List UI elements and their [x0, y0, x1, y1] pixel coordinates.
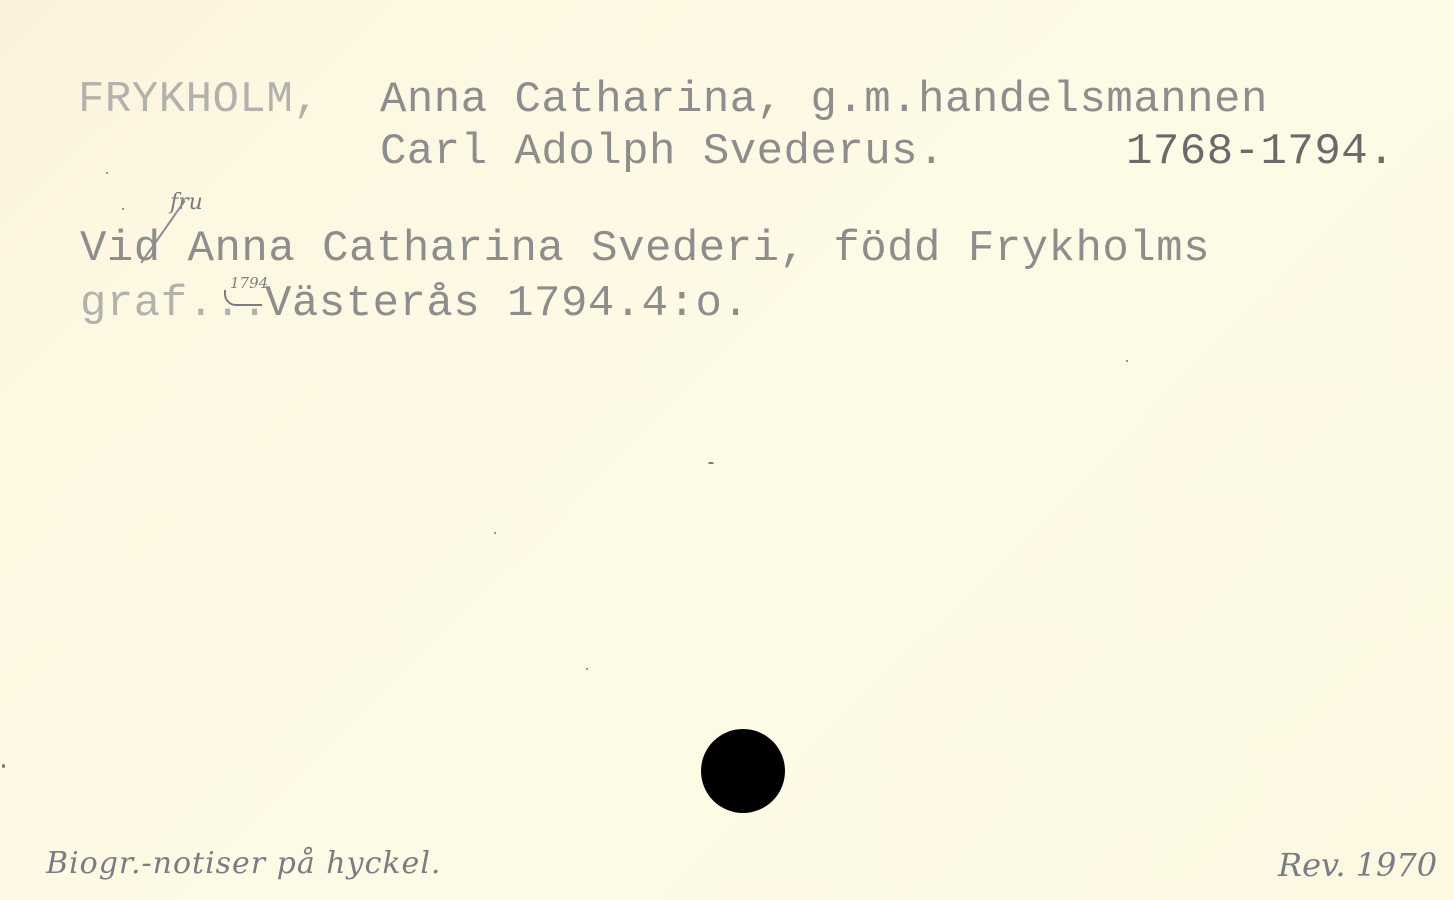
annotation-bottom-right: Rev. 1970	[1278, 846, 1437, 884]
body-line-1: Vid Anna Catharina Svederi, född Frykhol…	[80, 225, 1210, 273]
dust-speck	[2, 764, 5, 768]
dust-speck	[1126, 360, 1128, 362]
given-names-line: Anna Catharina, g.m.handelsmannen	[380, 76, 1268, 124]
body-line-2-rest: Västerås 1794.4:o.	[265, 280, 749, 328]
life-years: 1768-1794.	[1126, 128, 1395, 176]
dust-speck	[106, 172, 108, 174]
punch-hole	[701, 729, 785, 813]
surname: FRYKHOLM,	[78, 76, 320, 124]
archive-index-card: FRYKHOLM, Anna Catharina, g.m.handelsman…	[0, 0, 1454, 900]
dust-speck	[708, 462, 714, 464]
dust-speck	[122, 208, 124, 210]
annotation-flourish	[224, 290, 262, 306]
spouse-name: Carl Adolph Svederus.	[380, 128, 945, 176]
annotation-bottom-left: Biogr.-notiser på hyckel.	[46, 846, 441, 881]
dust-speck	[494, 532, 496, 534]
dust-speck	[586, 668, 588, 670]
